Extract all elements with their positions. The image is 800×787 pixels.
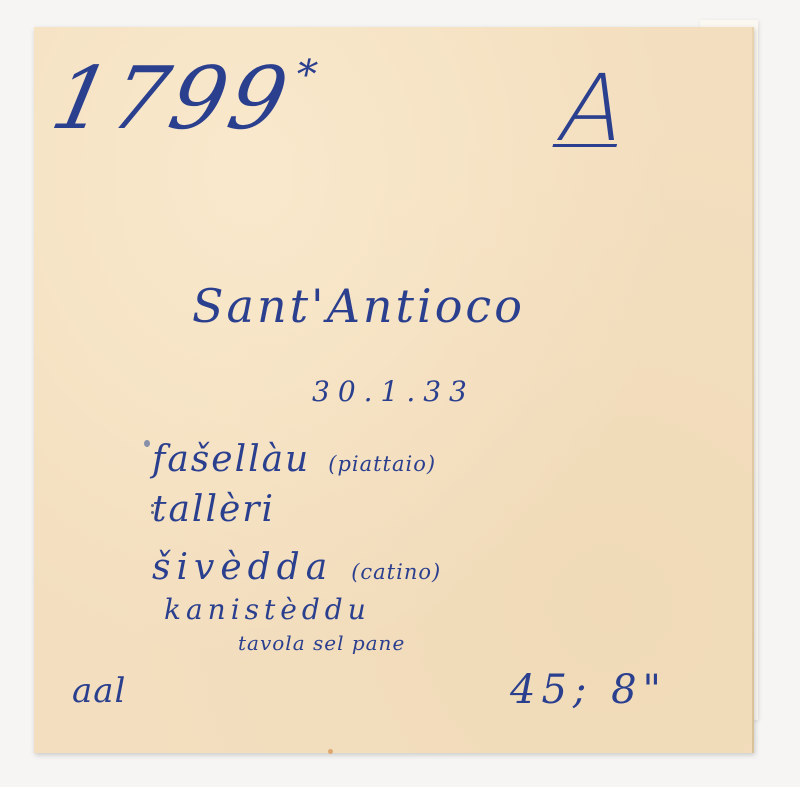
translation-note: tavola sel pane xyxy=(238,631,405,655)
entry-word: tallèri xyxy=(152,489,275,530)
date: 30.1.33 xyxy=(312,375,475,408)
entry-word: kanistèddu xyxy=(164,593,371,626)
entry-word: fašellàu(piattaio) xyxy=(152,439,436,480)
place-name: Sant'Antioco xyxy=(192,279,525,333)
catalog-number: 1799* xyxy=(43,49,325,149)
entry-word-text: tallèri xyxy=(152,489,275,530)
entry-word-text: šivèdda xyxy=(152,547,333,588)
index-card: 1799* A Sant'Antioco 30.1.33 fašellàu(pi… xyxy=(34,27,754,753)
paper-stain xyxy=(328,749,333,754)
entry-word-text: kanistèddu xyxy=(164,593,371,626)
catalog-number-value: 1799 xyxy=(43,49,299,149)
informant-code: aal xyxy=(72,671,126,711)
entry-gloss: (piattaio) xyxy=(328,452,436,476)
ink-dot-mark xyxy=(144,440,150,447)
entry-gloss: (catino) xyxy=(351,560,441,584)
coordinates: 45; 8" xyxy=(510,667,667,713)
section-letter: A xyxy=(549,55,640,162)
entry-word: šivèdda(catino) xyxy=(152,547,441,588)
entry-word-text: fašellàu xyxy=(152,439,310,480)
